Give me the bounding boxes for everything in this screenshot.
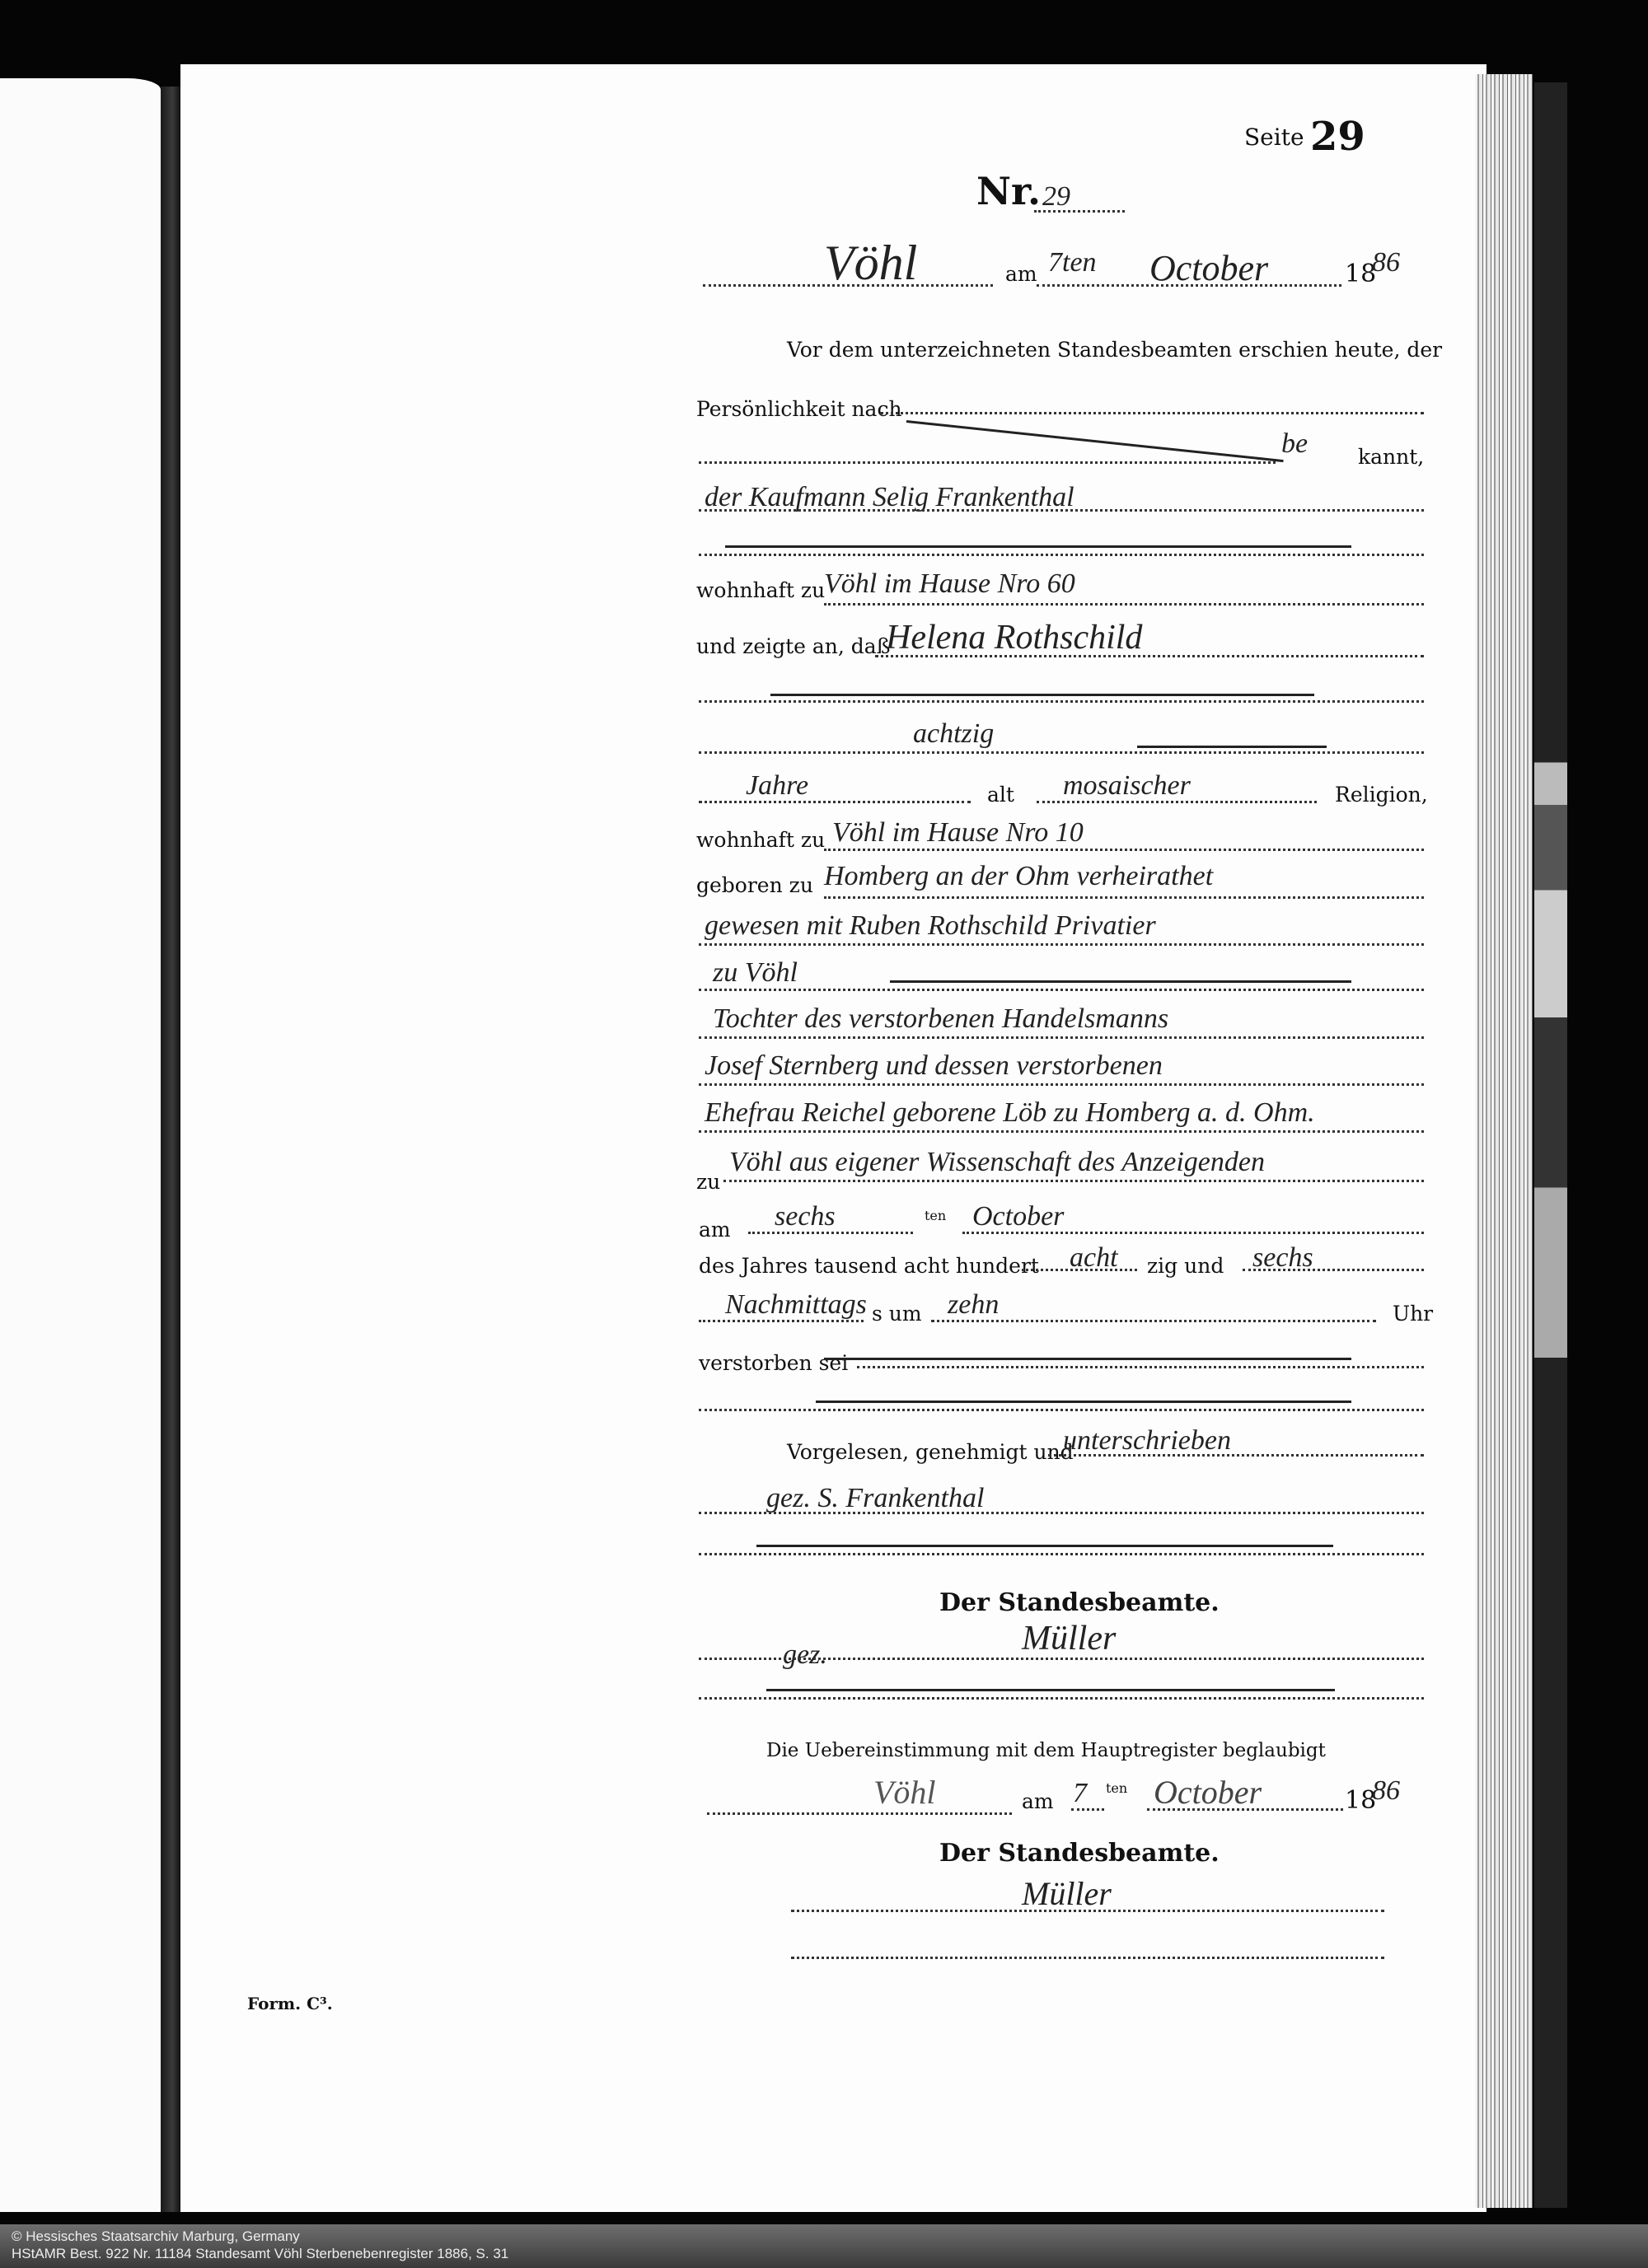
registrar-title-2: Der Standesbeamte. bbox=[939, 1839, 1220, 1868]
form-line bbox=[707, 1812, 1012, 1815]
form-line bbox=[699, 943, 1424, 946]
registration-place: Vöhl bbox=[824, 235, 917, 292]
fill-stroke bbox=[890, 980, 1351, 983]
form-line bbox=[699, 989, 1424, 991]
known-hand: be bbox=[1281, 428, 1308, 460]
parents-line-3: Ehefrau Reichel geborene Löb zu Homberg … bbox=[705, 1097, 1315, 1129]
book-gutter bbox=[161, 87, 180, 2212]
page-edges bbox=[1475, 74, 1533, 2208]
am-label-2: am bbox=[699, 1218, 731, 1242]
cert-month: October bbox=[1154, 1773, 1262, 1812]
deceased-residence: Vöhl im Hause Nro 10 bbox=[832, 817, 1084, 849]
form-line bbox=[699, 1553, 1424, 1555]
form-line bbox=[824, 849, 1424, 851]
residence-label-2: wohnhaft zu bbox=[696, 828, 825, 852]
hour-hand: zehn bbox=[948, 1289, 999, 1321]
registration-month: October bbox=[1149, 247, 1268, 289]
form-line bbox=[1037, 284, 1341, 287]
form-line bbox=[699, 1130, 1424, 1133]
years-hand: Jahre bbox=[746, 770, 808, 802]
register-page bbox=[180, 64, 1486, 2212]
fill-stroke bbox=[1137, 746, 1327, 748]
registration-year: 86 bbox=[1372, 247, 1400, 278]
page-number: 29 bbox=[1310, 114, 1365, 160]
time-of-day: Nachmittags bbox=[725, 1289, 867, 1321]
fill-stroke bbox=[816, 1401, 1351, 1403]
entry-number: 29 bbox=[1042, 181, 1070, 213]
age-words: achtzig bbox=[913, 718, 994, 750]
form-line bbox=[699, 700, 1424, 703]
zu-label: zu bbox=[696, 1170, 720, 1194]
form-line bbox=[699, 1083, 1424, 1086]
form-line bbox=[824, 896, 1424, 899]
left-page bbox=[0, 78, 161, 2212]
form-line bbox=[791, 1957, 1384, 1959]
entry-number-line bbox=[1034, 210, 1125, 213]
alt-label: alt bbox=[987, 783, 1014, 807]
fill-stroke bbox=[756, 1545, 1333, 1547]
cert-ten-label: ten bbox=[1106, 1780, 1127, 1796]
form-line bbox=[857, 1366, 1424, 1368]
death-month: October bbox=[972, 1201, 1064, 1232]
year-label: des Jahres tausend acht hundert bbox=[699, 1254, 1039, 1278]
married-place: zu Vöhl bbox=[713, 957, 798, 989]
form-line bbox=[699, 751, 1424, 754]
form-line bbox=[791, 1910, 1384, 1912]
certification-text: Die Uebereinstimmung mit dem Hauptregist… bbox=[766, 1740, 1326, 1761]
form-line bbox=[699, 1036, 1424, 1039]
form-line bbox=[931, 1320, 1376, 1322]
form-line bbox=[824, 603, 1424, 606]
identity-label: Persönlichkeit nach bbox=[696, 397, 902, 421]
informant-residence: Vöhl im Hause Nro 60 bbox=[824, 568, 1075, 600]
form-line bbox=[699, 1658, 1424, 1660]
form-line bbox=[880, 412, 1424, 414]
book-cover-edge bbox=[1534, 82, 1567, 2208]
religion-hand: mosaischer bbox=[1063, 770, 1191, 802]
parents-line-2: Josef Sternberg und dessen verstorbenen bbox=[705, 1050, 1163, 1082]
citation-text: HStAMR Best. 922 Nr. 11184 Standesamt Vö… bbox=[12, 2245, 1648, 2262]
form-line bbox=[703, 284, 993, 287]
cert-place: Vöhl bbox=[873, 1773, 936, 1812]
religion-label: Religion, bbox=[1335, 783, 1428, 807]
death-day: sechs bbox=[775, 1201, 836, 1232]
registration-day: 7ten bbox=[1048, 247, 1097, 278]
form-line bbox=[748, 1232, 913, 1234]
form-line bbox=[1147, 1808, 1343, 1811]
form-line bbox=[875, 655, 1424, 657]
parents-line-1: Tochter des verstorbenen Handelsmanns bbox=[713, 1003, 1168, 1035]
fill-stroke bbox=[770, 694, 1314, 696]
form-line bbox=[699, 554, 1424, 556]
ten-label: ten bbox=[925, 1208, 946, 1223]
registrar-signature: Müller bbox=[1022, 1619, 1116, 1658]
deceased-name: Helena Rothschild bbox=[886, 618, 1142, 657]
registrar-signature-prefix: gez. bbox=[783, 1639, 827, 1671]
zig-und-label: zig und bbox=[1147, 1254, 1224, 1278]
form-line bbox=[1071, 1808, 1104, 1811]
informant-signature: gez. S. Frankenthal bbox=[766, 1483, 984, 1514]
page-label: Seite bbox=[1244, 124, 1304, 151]
form-line bbox=[699, 461, 1276, 464]
cert-day: 7 bbox=[1073, 1778, 1087, 1809]
form-line bbox=[699, 1512, 1424, 1514]
archive-footer: © Hessisches Staatsarchiv Marburg, Germa… bbox=[0, 2224, 1648, 2268]
form-line bbox=[699, 509, 1424, 512]
form-label: Form. C³. bbox=[247, 1994, 333, 2013]
birthplace: Homberg an der Ohm verheirathet bbox=[824, 861, 1213, 892]
died-label: verstorben sei bbox=[699, 1351, 848, 1375]
married-line: gewesen mit Ruben Rothschild Privatier bbox=[705, 910, 1156, 942]
read-label: Vorgelesen, genehmigt und bbox=[787, 1440, 1074, 1464]
signed-hand: unterschrieben bbox=[1063, 1425, 1231, 1457]
form-line bbox=[723, 1180, 1424, 1182]
entry-label: Nr. bbox=[976, 169, 1041, 213]
form-line bbox=[699, 1697, 1424, 1700]
intro-text: Vor dem unterzeichneten Standesbeamten e… bbox=[787, 338, 1442, 362]
known-print: kannt, bbox=[1358, 445, 1424, 469]
form-line bbox=[962, 1232, 1424, 1234]
registrar-signature-2: Müller bbox=[1022, 1874, 1112, 1913]
um-label: s um bbox=[872, 1302, 922, 1326]
form-line bbox=[1243, 1269, 1424, 1271]
uhr-label: Uhr bbox=[1393, 1302, 1433, 1326]
knowledge-line: Vöhl aus eigener Wissenschaft des Anzeig… bbox=[729, 1147, 1265, 1178]
born-label: geboren zu bbox=[696, 873, 813, 897]
registrar-title: Der Standesbeamte. bbox=[939, 1588, 1220, 1617]
copyright-text: © Hessisches Staatsarchiv Marburg, Germa… bbox=[12, 2228, 1648, 2245]
am-label: am bbox=[1005, 262, 1037, 286]
form-line bbox=[699, 1409, 1424, 1411]
cert-am-label: am bbox=[1022, 1789, 1054, 1813]
form-line bbox=[1022, 1269, 1137, 1271]
reported-label: und zeigte an, daß bbox=[696, 634, 890, 658]
fill-stroke bbox=[725, 545, 1351, 548]
form-line bbox=[699, 1320, 864, 1322]
fill-stroke bbox=[824, 1358, 1351, 1360]
form-line bbox=[1048, 1454, 1424, 1457]
cert-year: 86 bbox=[1372, 1775, 1400, 1807]
fill-stroke bbox=[766, 1689, 1335, 1691]
form-line bbox=[699, 801, 971, 803]
residence-label: wohnhaft zu bbox=[696, 578, 825, 602]
form-line bbox=[1037, 801, 1317, 803]
